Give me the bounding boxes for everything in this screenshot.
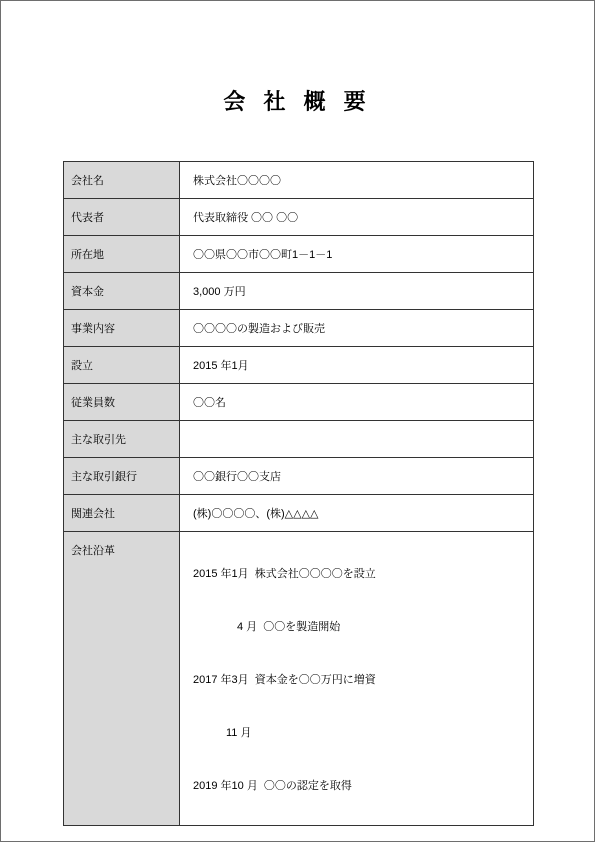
row-label-business: 事業内容 — [64, 310, 180, 347]
row-label-established: 設立 — [64, 347, 180, 384]
row-value-main-banks: 〇〇銀行〇〇支店 — [180, 458, 534, 495]
row-label-main-clients: 主な取引先 — [64, 421, 180, 458]
row-value-company-name: 株式会社〇〇〇〇 — [180, 162, 534, 199]
row-value-main-clients — [180, 421, 534, 458]
table-row-representative: 代表者 代表取締役 〇〇 〇〇 — [64, 199, 534, 236]
history-line: 2017 年3月 資本金を〇〇万円に増資 — [193, 666, 527, 695]
table-row-company-history: 会社沿革 2015 年1月 株式会社〇〇〇〇を設立 4 月 〇〇を製造開始 20… — [64, 532, 534, 826]
row-label-capital: 資本金 — [64, 273, 180, 310]
table-row-capital: 資本金 3,000 万円 — [64, 273, 534, 310]
row-label-address: 所在地 — [64, 236, 180, 273]
table-row-main-clients: 主な取引先 — [64, 421, 534, 458]
table-row-established: 設立 2015 年1月 — [64, 347, 534, 384]
history-line: 2015 年1月 株式会社〇〇〇〇を設立 — [193, 560, 527, 589]
row-value-affiliates: (株)〇〇〇〇、(株)△△△△ — [180, 495, 534, 532]
history-line: 11 月 — [193, 719, 527, 748]
history-line: 4 月 〇〇を製造開始 — [193, 613, 527, 642]
history-line: 2019 年10 月 〇〇の認定を取得 — [193, 772, 527, 801]
table-row-affiliates: 関連会社 (株)〇〇〇〇、(株)△△△△ — [64, 495, 534, 532]
document-page: 会 社 概 要 会社名 株式会社〇〇〇〇 代表者 代表取締役 〇〇 〇〇 所在地… — [0, 0, 595, 842]
table-row-employees: 従業員数 〇〇名 — [64, 384, 534, 421]
row-label-company-name: 会社名 — [64, 162, 180, 199]
row-value-employees: 〇〇名 — [180, 384, 534, 421]
table-row-business: 事業内容 〇〇〇〇の製造および販売 — [64, 310, 534, 347]
row-value-business: 〇〇〇〇の製造および販売 — [180, 310, 534, 347]
row-value-representative: 代表取締役 〇〇 〇〇 — [180, 199, 534, 236]
row-label-main-banks: 主な取引銀行 — [64, 458, 180, 495]
row-label-affiliates: 関連会社 — [64, 495, 180, 532]
company-profile-table: 会社名 株式会社〇〇〇〇 代表者 代表取締役 〇〇 〇〇 所在地 〇〇県〇〇市〇… — [63, 161, 534, 826]
table-row-address: 所在地 〇〇県〇〇市〇〇町1－1－1 — [64, 236, 534, 273]
table-row-company-name: 会社名 株式会社〇〇〇〇 — [64, 162, 534, 199]
row-value-established: 2015 年1月 — [180, 347, 534, 384]
table-row-main-banks: 主な取引銀行 〇〇銀行〇〇支店 — [64, 458, 534, 495]
row-label-representative: 代表者 — [64, 199, 180, 236]
row-value-address: 〇〇県〇〇市〇〇町1－1－1 — [180, 236, 534, 273]
row-value-capital: 3,000 万円 — [180, 273, 534, 310]
row-value-company-history: 2015 年1月 株式会社〇〇〇〇を設立 4 月 〇〇を製造開始 2017 年3… — [180, 532, 534, 826]
row-label-employees: 従業員数 — [64, 384, 180, 421]
document-title: 会 社 概 要 — [1, 85, 594, 116]
row-label-company-history: 会社沿革 — [64, 532, 180, 826]
